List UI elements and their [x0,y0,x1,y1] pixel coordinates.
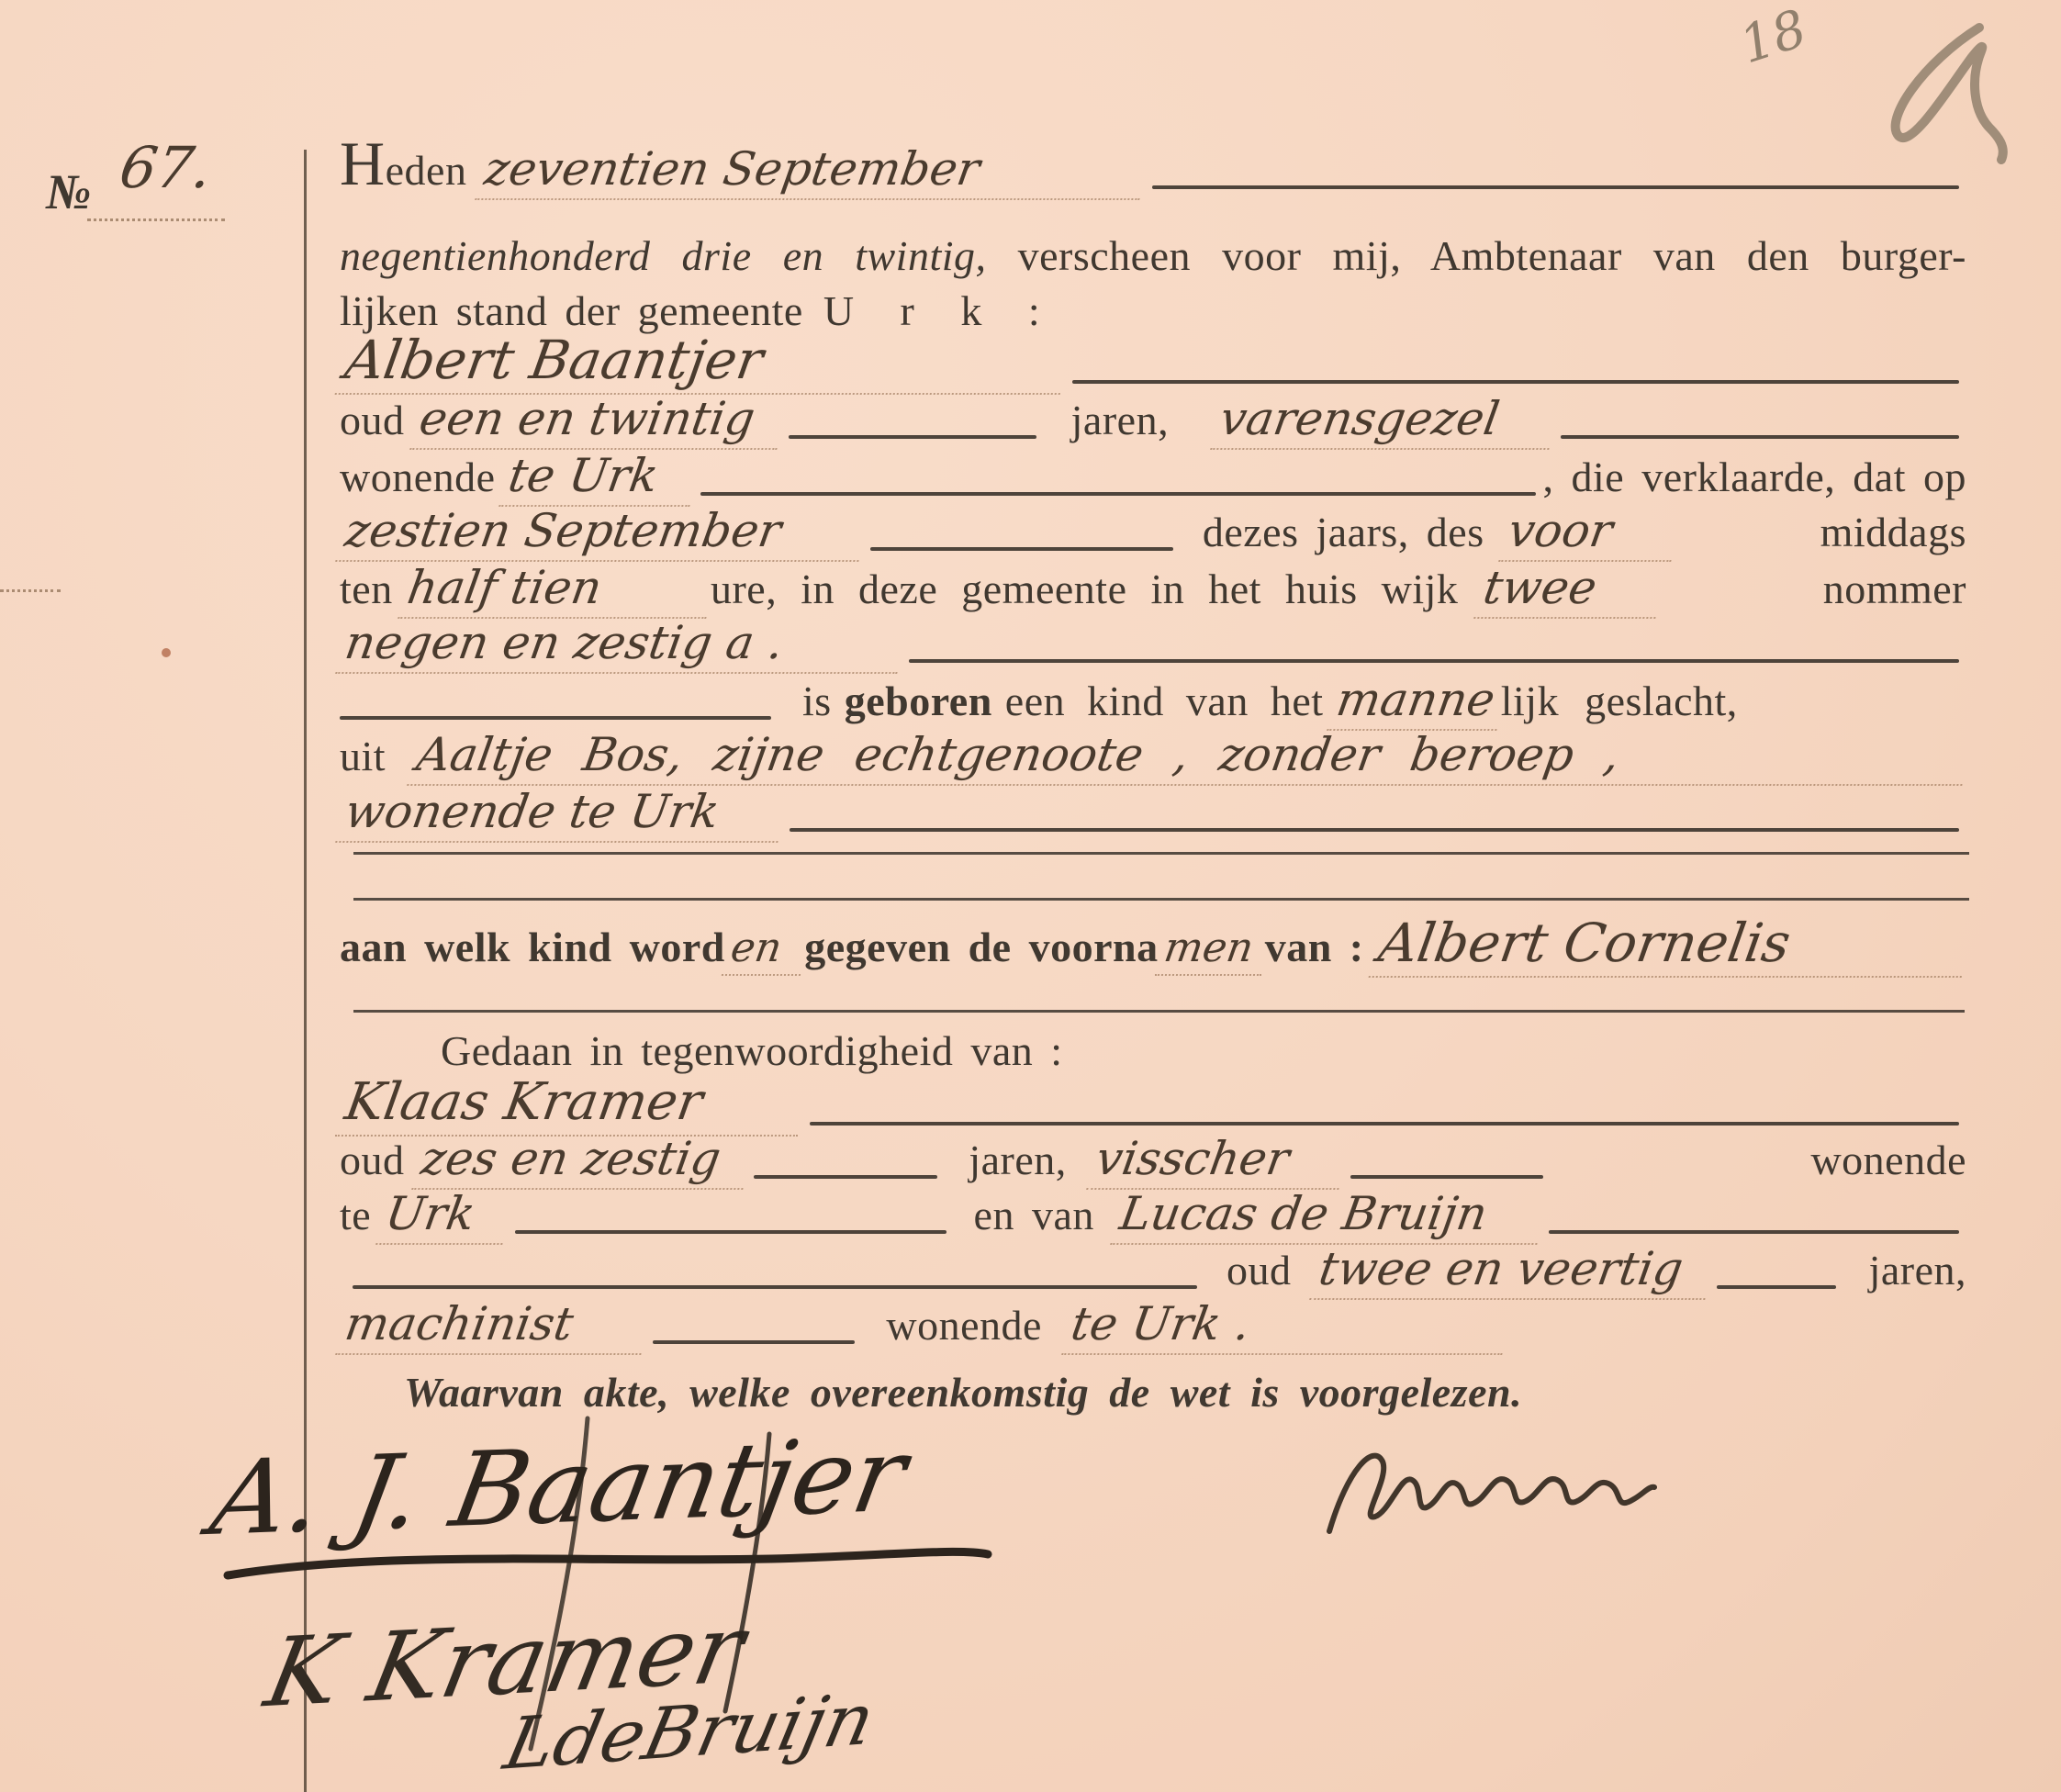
witness1-residence-entry: Urk [375,1190,511,1245]
uit-label: uit [340,732,386,780]
oud-label-w1: oud [340,1136,405,1184]
blank-stroke [1717,1285,1836,1289]
row-declarant-residence: wonende te Urk , die verklaarde, dat op [340,452,1966,507]
blank-stroke [1549,1230,1959,1234]
witness1-age-entry: zes en zestig [411,1135,751,1190]
wonende-label: wonende [340,453,496,501]
nommer-label: nommer [1823,565,1966,613]
row-birth-date: zestien September dezes jaars, des voor … [340,507,1966,562]
municipality-name: U r k : [823,286,1055,335]
heden-rest: eden [386,147,467,194]
wonende-label-w2: wonende [886,1301,1042,1350]
gender-entry: manne [1327,676,1506,731]
row-birth-time: ten half tien ure, in deze gemeente in h… [340,564,1966,619]
heden-label: Heden [340,146,466,195]
row-mother: uit Aaltje Bos, zijne echtgenoote , zond… [340,731,1966,786]
registrar-signature [1329,1456,1654,1531]
naming-infix2-entry: men [1154,927,1269,976]
gender-rest: lijk geslacht, [1501,677,1738,725]
row-heden: Heden zeventien September [340,145,1966,200]
blank-stroke [340,716,771,720]
jaren-label-w2: jaren, [1869,1246,1966,1294]
declarant-signature: A. J. Baantjer [203,1416,914,1559]
closing-sentence: Waarvan akte, welke overeenkomstig de we… [404,1368,1522,1417]
row-witness2-occupation: machinist wonende te Urk . [340,1300,1966,1355]
middags-label: middags [1820,508,1966,556]
ure-text: ure, in deze gemeente in het huis wijk [711,565,1458,613]
row-closing: Waarvan akte, welke overeenkomstig de we… [340,1368,1966,1417]
witness2-age-entry: twee en veertig [1309,1245,1714,1300]
gedaan-text: Gedaan in tegenwoordigheid van : [441,1026,1063,1075]
dezes-text: dezes jaars, des [1203,508,1484,556]
witness2-name-entry: Lucas de Bruijn [1110,1190,1545,1245]
blank-stroke [1561,435,1959,439]
birth-date-entry: zestien September [335,507,867,562]
jaren-label-w1: jaren, [969,1136,1066,1184]
pencil-page-number: 18 [1733,0,1814,75]
te-label: te [340,1191,371,1239]
kind-text: een kind van het [1005,677,1324,725]
blank-stroke [1072,380,1959,384]
act-date-entry: zeventien September [476,145,1149,200]
oud-label: oud [340,396,405,444]
naming-prefix2: gegeven de voorna [804,923,1158,971]
blank-stroke [653,1340,855,1344]
witness2-residence-entry: te Urk . [1061,1300,1510,1355]
wonende-label-w1: wonende [1810,1136,1966,1184]
is-label: is [802,677,832,725]
row-naming: aan welk kind word en gegeven de voorna … [340,915,1966,978]
declarant-occupation-entry: varensgezel [1210,395,1557,450]
ink-fleck [162,648,171,657]
margin-dotted-fragment [0,589,61,592]
heden-initial: H [340,129,386,198]
blank-ruled-line [353,852,1969,855]
witness1-name-entry: Klaas Kramer [335,1076,807,1137]
blank-stroke [790,828,1959,832]
year-italic: negentienhonderd drie en twintig, [340,232,987,279]
mother-residence-entry: wonende te Urk [335,788,787,843]
row-witness1-residence: te Urk en van Lucas de Bruijn [340,1190,1966,1245]
year-rest: verscheen voor mij, Ambtenaar van den bu… [1018,232,1966,279]
daypart-entry: voor [1498,507,1680,562]
house-number-entry: negen en zestig a . [335,619,906,674]
row-house-number: negen en zestig a . [340,619,1966,674]
row-witness1-age: oud zes en zestig jaren, visscher wonend… [340,1135,1966,1190]
mother-entry: Aaltje Bos, zijne echtgenoote , zonder b… [407,731,1970,786]
birth-time-entry: half tien [398,564,715,619]
jaren-label: jaren, [1071,396,1169,444]
witness1-occupation-entry: visscher [1086,1135,1348,1190]
blank-stroke [754,1175,937,1179]
geboren-label: geboren [845,677,992,725]
row-declarant-name: Albert Baantjer [340,332,1966,395]
blank-stroke [353,1285,1197,1289]
row-mother-residence: wonende te Urk [340,788,1966,843]
en-van-label: en van [974,1191,1094,1239]
declarant-name-entry: Albert Baantjer [335,332,1070,395]
blank-stroke [789,435,1036,439]
row-geboren: is geboren een kind van het manne lijk g… [340,676,1966,731]
blank-stroke [1350,1175,1543,1179]
naming-prefix3: van : [1265,923,1364,971]
verklaarde-text: , die verklaarde, dat op [1543,453,1966,501]
witness2-occupation-entry: machinist [335,1300,650,1355]
signature-underline-flourish [228,1551,988,1575]
row-gedaan: Gedaan in tegenwoordigheid van : [340,1026,1966,1075]
wijk-entry: twee [1474,564,1665,619]
ten-label: ten [340,565,393,613]
naming-prefix1: aan welk kind word [340,923,725,971]
row-declarant-age: oud een en twintig jaren, varensgezel [340,395,1966,450]
blank-ruled-line [353,898,1969,901]
blank-stroke [1152,185,1959,189]
blank-stroke [810,1122,1959,1126]
declarant-residence-entry: te Urk [498,452,698,507]
row-witness1-name: Klaas Kramer [340,1076,1966,1137]
act-number-value: 67. [109,138,229,202]
child-names-entry: Albert Cornelis [1368,915,1971,978]
row-year: negentienhonderd drie en twintig, versch… [340,231,1966,280]
naming-infix1-entry: en [722,927,809,976]
birth-certificate-page: № 67. 18 Heden zeventien September negen… [0,0,2061,1792]
act-number-dotted-line [87,218,225,221]
blank-stroke [870,547,1173,551]
row-witness2-age: oud twee en veertig jaren, [340,1245,1966,1300]
blank-stroke [700,492,1535,496]
blank-stroke [909,659,1959,663]
blank-stroke [515,1230,946,1234]
blank-ruled-line [353,1010,1965,1013]
declarant-age-entry: een en twintig [409,395,786,450]
act-number-label: № [46,163,92,220]
pencil-paraph-icon [1896,28,2003,160]
oud-label-w2: oud [1227,1246,1292,1294]
